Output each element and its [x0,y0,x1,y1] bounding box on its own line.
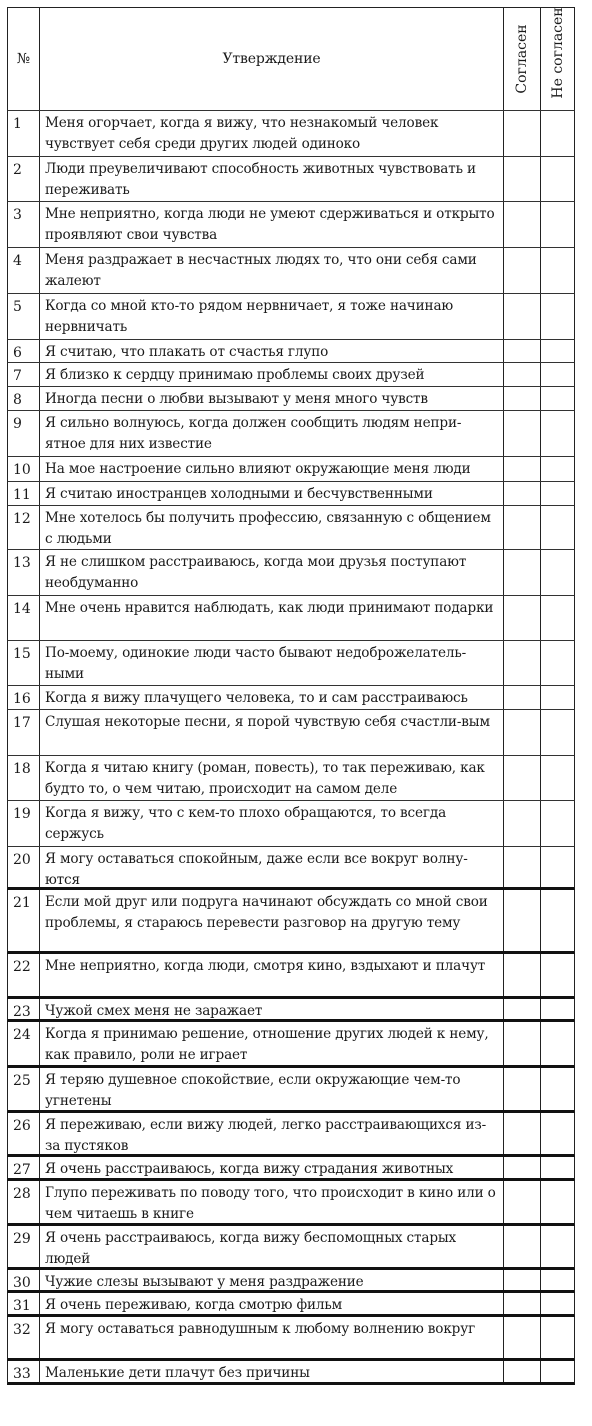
table-row: 6Я считаю, что плакать от счастья глупо [7,340,575,363]
row-statement: На мое настроение сильно влияют окружающ… [40,457,504,481]
disagree-cell[interactable] [541,457,574,481]
table-row: 28Глупо переживать по поводу того, что п… [7,1181,575,1226]
agree-cell[interactable] [504,340,541,362]
table-row: 8Иногда песни о любви вызывают у меня мн… [7,387,575,411]
agree-checkbox[interactable] [504,457,540,481]
table-row: 10На мое настроение сильно влияют окружа… [7,457,575,482]
table-row: 22Мне неприятно, когда люди, смотря кино… [7,954,575,999]
row-statement: Слушая некоторые песни, я порой чувствую… [40,710,504,755]
disagree-checkbox[interactable] [541,756,574,800]
row-number: 23 [8,999,40,1019]
disagree-checkbox[interactable] [541,1270,574,1290]
table-row: 32Я могу оставаться равнодушным к любому… [7,1317,575,1361]
disagree-cell[interactable] [541,890,574,951]
table-row: 1Меня огорчает, когда я вижу, что незнак… [7,111,575,157]
row-statement: Я очень переживаю, когда смотрю фильм [40,1293,504,1314]
agree-checkbox[interactable] [504,387,540,410]
agree-cell[interactable] [504,1113,541,1154]
agree-cell[interactable] [504,1361,541,1382]
agree-cell[interactable] [504,1270,541,1290]
disagree-checkbox[interactable] [541,457,574,481]
agree-cell[interactable] [504,954,541,996]
table-row: 24Когда я принимаю решение, отношение др… [7,1022,575,1068]
disagree-checkbox[interactable] [541,387,574,410]
disagree-checkbox[interactable] [541,248,574,293]
row-statement: Когда я вижу плачущего человека, то и са… [40,686,504,709]
agree-checkbox[interactable] [504,340,540,362]
agree-cell[interactable] [504,506,541,549]
disagree-cell[interactable] [541,710,574,755]
table-row: 11Я считаю иностранцев холодными и бесчу… [7,482,575,506]
row-number: 7 [8,363,40,386]
disagree-checkbox[interactable] [541,294,574,339]
agree-cell[interactable] [504,596,541,640]
row-number: 14 [8,596,40,640]
disagree-checkbox[interactable] [541,1113,574,1154]
row-number: 26 [8,1113,40,1154]
row-number: 25 [8,1068,40,1110]
agree-cell[interactable] [504,641,541,685]
row-statement: По-моему, одинокие люди часто бывают нед… [40,641,504,685]
agree-checkbox[interactable] [504,294,540,339]
row-number: 6 [8,340,40,362]
agree-cell[interactable] [504,999,541,1019]
row-statement: Я считаю, что плакать от счастья глупо [40,340,504,362]
disagree-checkbox[interactable] [541,999,574,1019]
agree-cell[interactable] [504,801,541,846]
row-statement: Мне очень нравится наблюдать, как люди п… [40,596,504,640]
row-statement: Когда я читаю книгу (роман, повесть), то… [40,756,504,800]
row-number: 32 [8,1317,40,1358]
table-row: 30Чужие слезы вызывают у меня раздражени… [7,1270,575,1293]
row-number: 4 [8,248,40,293]
disagree-checkbox[interactable] [541,111,574,156]
row-number: 27 [8,1157,40,1178]
row-statement: Люди преувеличивают способность животных… [40,157,504,201]
disagree-cell[interactable] [541,411,574,456]
disagree-checkbox[interactable] [541,1157,574,1178]
agree-checkbox[interactable] [504,756,540,800]
disagree-cell[interactable] [541,847,574,887]
row-statement: Чужие слезы вызывают у меня раздражение [40,1270,504,1290]
agree-cell[interactable] [504,248,541,293]
header-disagree-cell: Не согласен [541,8,574,110]
agree-checkbox[interactable] [504,1270,540,1290]
row-number: 3 [8,202,40,247]
agree-cell[interactable] [504,363,541,386]
row-number: 28 [8,1181,40,1223]
row-statement: Я переживаю, если вижу людей, легко расс… [40,1113,504,1154]
disagree-cell[interactable] [541,1157,574,1178]
disagree-checkbox[interactable] [541,411,574,456]
row-statement: Я очень расстраиваюсь, когда вижу беспом… [40,1226,504,1267]
table-row: 15По-моему, одинокие люди часто бывают н… [7,641,575,686]
row-statement: Я теряю душевное спокойствие, если окруж… [40,1068,504,1110]
table-row: 5Когда со мной кто-то рядом нервничает, … [7,294,575,340]
table-row: 14Мне очень нравится наблюдать, как люди… [7,596,575,641]
agree-cell[interactable] [504,1022,541,1065]
agree-checkbox[interactable] [504,641,540,685]
agree-cell[interactable] [504,550,541,595]
disagree-cell[interactable] [541,1270,574,1290]
row-statement: Я близко к сердцу принимаю проблемы свои… [40,363,504,386]
disagree-checkbox[interactable] [541,340,574,362]
agree-cell[interactable] [504,457,541,481]
row-statement: Я не слишком расстраиваюсь, когда мои др… [40,550,504,595]
table-row: 31Я очень переживаю, когда смотрю фильм [7,1293,575,1317]
row-number: 17 [8,710,40,755]
disagree-cell[interactable] [541,1068,574,1110]
disagree-cell[interactable] [541,506,574,549]
row-number: 21 [8,890,40,951]
disagree-checkbox[interactable] [541,954,574,996]
row-number: 33 [8,1361,40,1382]
disagree-checkbox[interactable] [541,641,574,685]
agree-cell[interactable] [504,1317,541,1358]
agree-checkbox[interactable] [504,710,540,755]
disagree-cell[interactable] [541,111,574,156]
row-number: 8 [8,387,40,410]
table-row: 27Я очень расстраиваюсь, когда вижу стра… [7,1157,575,1181]
agree-cell[interactable] [504,111,541,156]
table-row: 33Маленькие дети плачут без причины [7,1361,575,1385]
agree-cell[interactable] [504,890,541,951]
agree-checkbox[interactable] [504,1022,540,1065]
agree-checkbox[interactable] [504,596,540,640]
row-statement: Если мой друг или подруга начинают обсуж… [40,890,504,951]
table-body: 1Меня огорчает, когда я вижу, что незнак… [7,111,575,1385]
agree-cell[interactable] [504,1068,541,1110]
table-row: 20Я могу оставаться спокойным, даже если… [7,847,575,890]
table-row: 23Чужой смех меня не заражает [7,999,575,1022]
row-statement: Я считаю иностранцев холодными и бесчувс… [40,482,504,505]
agree-cell[interactable] [504,411,541,456]
disagree-cell[interactable] [541,999,574,1019]
agree-checkbox[interactable] [504,1293,540,1314]
disagree-cell[interactable] [541,1113,574,1154]
disagree-checkbox[interactable] [541,550,574,595]
disagree-checkbox[interactable] [541,1293,574,1314]
disagree-checkbox[interactable] [541,202,574,247]
agree-checkbox[interactable] [504,847,540,887]
row-number: 18 [8,756,40,800]
table-row: 19Когда я вижу, что с кем-то плохо обращ… [7,801,575,847]
row-statement: Я сильно волнуюсь, когда должен сообщить… [40,411,504,456]
table-row: 4Меня раздражает в несчастных людях то, … [7,248,575,294]
agree-checkbox[interactable] [504,482,540,505]
row-number: 13 [8,550,40,595]
agree-checkbox[interactable] [504,1317,540,1358]
disagree-checkbox[interactable] [541,1022,574,1065]
row-number: 29 [8,1226,40,1267]
agree-checkbox[interactable] [504,1181,540,1223]
row-statement: Я очень расстраиваюсь, когда вижу страда… [40,1157,504,1178]
disagree-checkbox[interactable] [541,847,574,887]
header-statement: Утверждение [40,8,504,110]
table-row: 25Я теряю душевное спокойствие, если окр… [7,1068,575,1113]
row-statement: Глупо переживать по поводу того, что про… [40,1181,504,1223]
row-number: 9 [8,411,40,456]
disagree-checkbox[interactable] [541,1317,574,1358]
row-statement: Меня раздражает в несчастных людях то, ч… [40,248,504,293]
disagree-cell[interactable] [541,686,574,709]
row-number: 22 [8,954,40,996]
table-row: 21Если мой друг или подруга начинают обс… [7,890,575,954]
disagree-cell[interactable] [541,550,574,595]
agree-checkbox[interactable] [504,111,540,156]
agree-cell[interactable] [504,756,541,800]
agree-cell[interactable] [504,710,541,755]
agree-checkbox[interactable] [504,954,540,996]
disagree-checkbox[interactable] [541,1361,574,1382]
agree-checkbox[interactable] [504,1226,540,1267]
agree-checkbox[interactable] [504,999,540,1019]
disagree-checkbox[interactable] [541,686,574,709]
disagree-cell[interactable] [541,1181,574,1223]
disagree-cell[interactable] [541,202,574,247]
agree-cell[interactable] [504,387,541,410]
row-number: 1 [8,111,40,156]
agree-cell[interactable] [504,482,541,505]
row-statement: Чужой смех меня не заражает [40,999,504,1019]
disagree-cell[interactable] [541,1022,574,1065]
agree-checkbox[interactable] [504,1361,540,1382]
disagree-cell[interactable] [541,340,574,362]
row-statement: Мне неприятно, когда люди, смотря кино, … [40,954,504,996]
row-statement: Когда со мной кто-то рядом нервничает, я… [40,294,504,339]
disagree-checkbox[interactable] [541,482,574,505]
agree-checkbox[interactable] [504,506,540,549]
disagree-checkbox[interactable] [541,1068,574,1110]
agree-checkbox[interactable] [504,801,540,846]
disagree-checkbox[interactable] [541,157,574,201]
questionnaire-table: № Утверждение Согласен Не согласен 1Меня… [7,7,575,1385]
agree-checkbox[interactable] [504,686,540,709]
disagree-cell[interactable] [541,1317,574,1358]
disagree-checkbox[interactable] [541,1226,574,1267]
table-row: 3Мне неприятно, когда люди не умеют сдер… [7,202,575,248]
table-row: 18Когда я читаю книгу (роман, повесть), … [7,756,575,801]
disagree-cell[interactable] [541,1293,574,1314]
row-statement: Когда я вижу, что с кем-то плохо обращаю… [40,801,504,846]
agree-checkbox[interactable] [504,1157,540,1178]
header-agree-cell: Согласен [504,8,541,110]
agree-checkbox[interactable] [504,1113,540,1154]
agree-checkbox[interactable] [504,202,540,247]
row-number: 30 [8,1270,40,1290]
row-statement: Маленькие дети плачут без причины [40,1361,504,1382]
row-number: 15 [8,641,40,685]
agree-cell[interactable] [504,847,541,887]
row-statement: Я могу оставаться спокойным, даже если в… [40,847,504,887]
table-row: 26Я переживаю, если вижу людей, легко ра… [7,1113,575,1157]
agree-checkbox[interactable] [504,363,540,386]
disagree-cell[interactable] [541,482,574,505]
disagree-cell[interactable] [541,157,574,201]
agree-cell[interactable] [504,202,541,247]
agree-checkbox[interactable] [504,1068,540,1110]
row-number: 24 [8,1022,40,1065]
disagree-cell[interactable] [541,1226,574,1267]
header-disagree: Не согласен [550,7,566,98]
agree-checkbox[interactable] [504,550,540,595]
table-header: № Утверждение Согласен Не согласен [7,7,575,111]
row-number: 31 [8,1293,40,1314]
disagree-cell[interactable] [541,248,574,293]
agree-checkbox[interactable] [504,157,540,201]
agree-cell[interactable] [504,1293,541,1314]
agree-cell[interactable] [504,294,541,339]
row-number: 12 [8,506,40,549]
table-row: 12Мне хотелось бы получить профессию, св… [7,506,575,550]
disagree-cell[interactable] [541,756,574,800]
row-number: 16 [8,686,40,709]
row-number: 10 [8,457,40,481]
agree-checkbox[interactable] [504,411,540,456]
table-row: 13Я не слишком расстраиваюсь, когда мои … [7,550,575,596]
header-agree: Согласен [514,24,530,93]
disagree-cell[interactable] [541,387,574,410]
row-number: 20 [8,847,40,887]
disagree-checkbox[interactable] [541,801,574,846]
disagree-cell[interactable] [541,954,574,996]
table-row: 2Люди преувеличивают способность животны… [7,157,575,202]
disagree-cell[interactable] [541,801,574,846]
header-number: № [8,8,40,110]
disagree-cell[interactable] [541,641,574,685]
table-row: 17Слушая некоторые песни, я порой чувств… [7,710,575,756]
row-statement: Иногда песни о любви вызывают у меня мно… [40,387,504,410]
table-row: 29Я очень расстраиваюсь, когда вижу бесп… [7,1226,575,1270]
table-row: 16Когда я вижу плачущего человека, то и … [7,686,575,710]
disagree-cell[interactable] [541,294,574,339]
agree-checkbox[interactable] [504,248,540,293]
table-row: 9Я сильно волнуюсь, когда должен сообщит… [7,411,575,457]
agree-cell[interactable] [504,686,541,709]
disagree-checkbox[interactable] [541,710,574,755]
disagree-checkbox[interactable] [541,890,574,951]
disagree-checkbox[interactable] [541,506,574,549]
agree-cell[interactable] [504,157,541,201]
row-number: 19 [8,801,40,846]
disagree-checkbox[interactable] [541,1181,574,1223]
disagree-cell[interactable] [541,596,574,640]
disagree-cell[interactable] [541,363,574,386]
agree-cell[interactable] [504,1157,541,1178]
table-row: 7Я близко к сердцу принимаю проблемы сво… [7,363,575,387]
row-statement: Мне неприятно, когда люди не умеют сдерж… [40,202,504,247]
row-statement: Когда я принимаю решение, отношение друг… [40,1022,504,1065]
disagree-checkbox[interactable] [541,596,574,640]
agree-checkbox[interactable] [504,890,540,951]
agree-cell[interactable] [504,1226,541,1267]
disagree-checkbox[interactable] [541,363,574,386]
row-number: 11 [8,482,40,505]
agree-cell[interactable] [504,1181,541,1223]
row-number: 2 [8,157,40,201]
row-statement: Меня огорчает, когда я вижу, что незнако… [40,111,504,156]
row-number: 5 [8,294,40,339]
row-statement: Мне хотелось бы получить профессию, связ… [40,506,504,549]
row-statement: Я могу оставаться равнодушным к любому в… [40,1317,504,1358]
disagree-cell[interactable] [541,1361,574,1382]
